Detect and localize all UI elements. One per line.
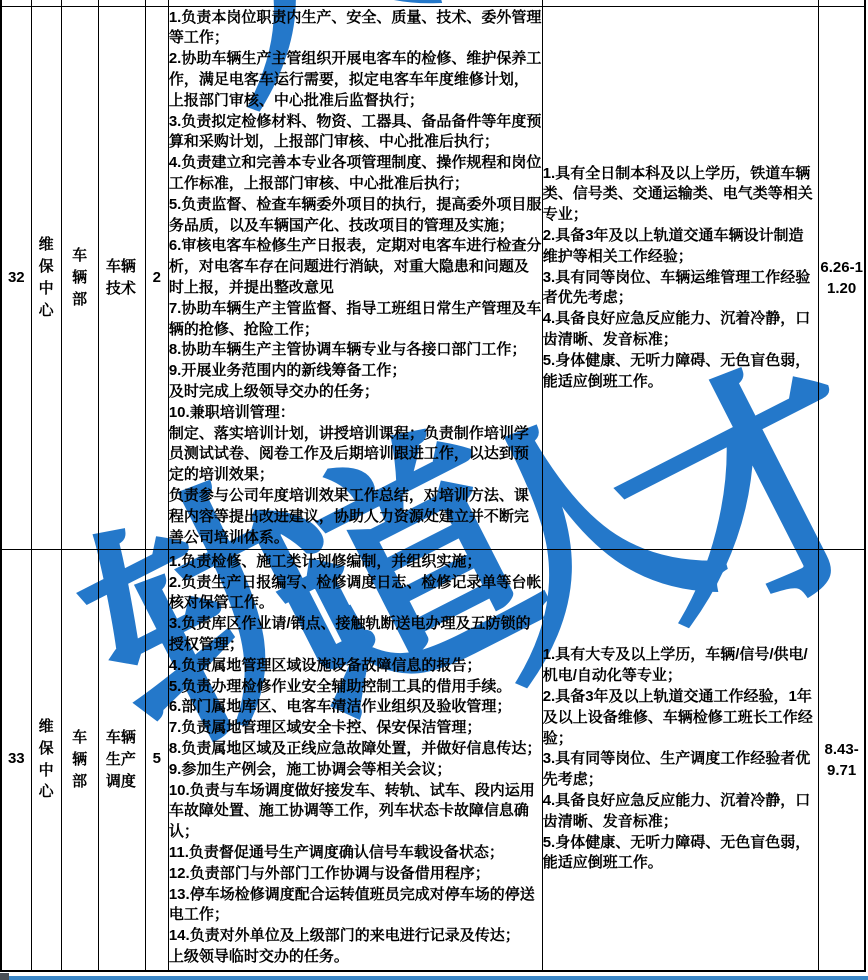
text-line: 9.参加生产例会，施工协调会等相关会议； bbox=[169, 760, 542, 781]
table-row-32: 32 维保中心 车辆部 车辆技术 2 1.负责本岗位职责内生产、安全、质量、技术… bbox=[1, 7, 865, 550]
headcount: 5 bbox=[153, 750, 161, 767]
cell-headcount: 2 bbox=[145, 7, 168, 550]
text-line: 2.具备3年及以上轨道交通车辆设计制造维护等相关工作经验； bbox=[543, 226, 819, 268]
job-postings-table: 32 维保中心 车辆部 车辆技术 2 1.负责本岗位职责内生产、安全、质量、技术… bbox=[0, 0, 866, 972]
text-line: 2.具备3年及以上轨道交通工作经验，1年及以上设备维修、车辆检修工班长工作经验； bbox=[543, 687, 819, 749]
cell-salary: 6.26-11.20 bbox=[819, 7, 865, 550]
text-line: 1.具有大专及以上学历，车辆/信号/供电/机电/自动化等专业； bbox=[543, 645, 819, 687]
center-name: 维保中心 bbox=[38, 716, 54, 803]
cell-department: 车辆部 bbox=[61, 550, 98, 971]
text-line: 7.负责属地管理区域安全卡控、保安保洁管理； bbox=[169, 718, 542, 739]
cell-department: 车辆部 bbox=[61, 7, 98, 550]
text-line: 3.负责库区作业请/销点、接触轨断送电办理及五防锁的授权管理； bbox=[169, 614, 542, 656]
text-line: 6.审核电客车检修生产日报表，定期对电客车进行检查分析，对电客车存在问题进行消缺… bbox=[169, 236, 542, 298]
table-row-33: 33 维保中心 车辆部 车辆生产调度 5 1.负责检修、施工类计划修编制，并组织… bbox=[1, 550, 865, 971]
text-line: 1.负责检修、施工类计划修编制，并组织实施； bbox=[169, 552, 542, 573]
center-name: 维保中心 bbox=[38, 234, 54, 321]
cell-row-number: 32 bbox=[1, 7, 31, 550]
text-line: 4.负责建立和完善本专业各项管理制度、操作规程和岗位工作标准，上报部门审核、中心… bbox=[169, 153, 542, 195]
cell-center: 维保中心 bbox=[31, 550, 61, 971]
text-line: 上级领导临时交办的任务。 bbox=[169, 947, 542, 968]
text-line: 12.负责部门与外部门工作协调与设备借用程序； bbox=[169, 864, 542, 885]
headcount: 2 bbox=[153, 269, 161, 286]
text-line: 9.开展业务范围内的新线筹备工作； bbox=[169, 361, 542, 382]
text-line: 8.协助车辆生产主管协调车辆专业与各接口部门工作； bbox=[169, 340, 542, 361]
text-line: 制定、落实培训计划，讲授培训课程；负责制作培训学员测试试卷、阅卷工作及后期培训跟… bbox=[169, 424, 542, 486]
text-line: 7.协助车辆生产主管监督、指导工班组日常生产管理及车辆的抢修、抢险工作； bbox=[169, 299, 542, 341]
text-line: 3.具有同等岗位、生产调度工作经验者优先考虑； bbox=[543, 749, 819, 791]
cell-position: 车辆生产调度 bbox=[98, 550, 145, 971]
bottom-highlight-bar bbox=[8, 976, 868, 980]
cell-headcount: 5 bbox=[145, 550, 168, 971]
text-line: 13.停车场检修调度配合运转值班员完成对停车场的停送电工作； bbox=[169, 885, 542, 927]
text-line: 5.身体健康、无听力障碍、无色盲色弱，能适应倒班工作。 bbox=[543, 351, 819, 393]
cell-center: 维保中心 bbox=[31, 7, 61, 550]
text-line: 14.负责对外单位及上级部门的来电进行记录及传达； bbox=[169, 926, 542, 947]
cell-duties: 1.负责本岗位职责内生产、安全、质量、技术、委外管理等工作；2.协助车辆生产主管… bbox=[168, 7, 542, 550]
text-line: 1.具有全日制本科及以上学历，铁道车辆类、信号类、交通运输类、电气类等相关专业； bbox=[543, 164, 819, 226]
text-line: 10.兼职培训管理： bbox=[169, 403, 542, 424]
position-name: 车辆生产调度 bbox=[106, 727, 138, 792]
text-line: 3.负责拟定检修材料、物资、工器具、备品备件等年度预算和采购计划，上报部门审核、… bbox=[169, 112, 542, 154]
text-line: 8.负责属地区域及正线应急故障处置，并做好信息传达； bbox=[169, 739, 542, 760]
text-line: 5.负责办理检修作业安全辅助控制工具的借用手续。 bbox=[169, 677, 542, 698]
department-name: 车辆部 bbox=[72, 245, 88, 310]
text-line: 1.负责本岗位职责内生产、安全、质量、技术、委外管理等工作； bbox=[169, 8, 542, 50]
bottom-corner-mark bbox=[0, 973, 9, 980]
salary-range: 6.26-11.20 bbox=[820, 257, 864, 299]
page: 人 轨道人才 32 维保中心 车辆部 bbox=[0, 0, 868, 980]
salary-range: 8.43-9.71 bbox=[820, 739, 864, 781]
text-line: 5.身体健康、无听力障碍、无色盲色弱，能适应倒班工作。 bbox=[543, 833, 819, 875]
cell-requirements: 1.具有全日制本科及以上学历，铁道车辆类、信号类、交通运输类、电气类等相关专业；… bbox=[542, 7, 819, 550]
row-number: 33 bbox=[8, 750, 25, 767]
text-line: 11.负责督促通号生产调度确认信号车载设备状态； bbox=[169, 843, 542, 864]
text-line: 负责参与公司年度培训效果工作总结，对培训方法、课程内容等提出改进建议，协助人力资… bbox=[169, 486, 542, 548]
cell-duties: 1.负责检修、施工类计划修编制，并组织实施；2.负责生产日报编写、检修调度日志、… bbox=[168, 550, 542, 971]
cell-row-number: 33 bbox=[1, 550, 31, 971]
cell-position: 车辆技术 bbox=[98, 7, 145, 550]
text-line: 4.具备良好应急反应能力、沉着冷静，口齿清晰、发音标准； bbox=[543, 309, 819, 351]
text-line: 2.负责生产日报编写、检修调度日志、检修记录单等台帐核对保管工作。 bbox=[169, 573, 542, 615]
cell-requirements: 1.具有大专及以上学历，车辆/信号/供电/机电/自动化等专业；2.具备3年及以上… bbox=[542, 550, 819, 971]
text-line: 5.负责监督、检查车辆委外项目的执行，提高委外项目服务品质，以及车辆国产化、技改… bbox=[169, 195, 542, 237]
text-line: 3.具有同等岗位、车辆运维管理工作经验者优先考虑； bbox=[543, 268, 819, 310]
text-line: 2.协助车辆生产主管组织开展电客车的检修、维护保养工作，满足电客车运行需要，拟定… bbox=[169, 49, 542, 111]
text-line: 4.负责属地管理区域设施设备故障信息的报告； bbox=[169, 656, 542, 677]
position-name: 车辆技术 bbox=[106, 256, 138, 300]
text-line: 6.部门属地库区、电客车清洁作业组织及验收管理； bbox=[169, 697, 542, 718]
text-line: 4.具备良好应急反应能力、沉着冷静，口齿清晰、发音标准； bbox=[543, 791, 819, 833]
cell-salary: 8.43-9.71 bbox=[819, 550, 865, 971]
text-line: 10.负责与车场调度做好接发车、转轨、试车、段内运用车故障处置、施工协调等工作，… bbox=[169, 781, 542, 843]
row-number: 32 bbox=[8, 269, 25, 286]
department-name: 车辆部 bbox=[72, 727, 88, 792]
text-line: 及时完成上级领导交办的任务； bbox=[169, 382, 542, 403]
